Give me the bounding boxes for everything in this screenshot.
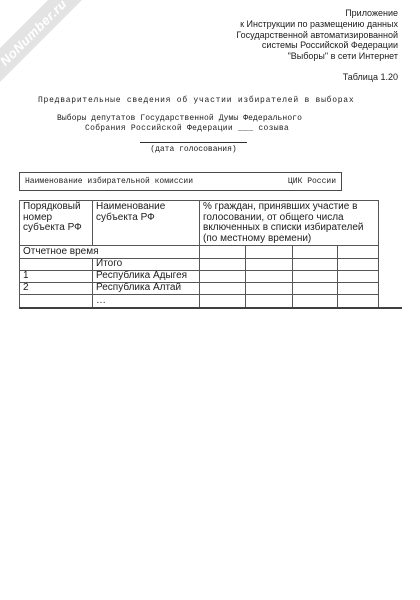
table-row: 2 Республика Алтай xyxy=(20,283,379,295)
table-number-label: Таблица 1.20 xyxy=(236,72,398,83)
value-cell xyxy=(200,295,246,308)
col-header-number: Порядковый номер субъекта РФ xyxy=(20,201,93,246)
value-cell xyxy=(200,283,246,295)
value-cell xyxy=(200,259,246,271)
document-page: NoNumber.ru Приложение к Инструкции по р… xyxy=(0,0,420,600)
appendix-line: системы Российской Федерации xyxy=(236,40,398,51)
value-cell xyxy=(338,246,379,259)
value-cell xyxy=(338,283,379,295)
appendix-line: к Инструкции по размещению данных xyxy=(236,19,398,30)
watermark-text: NoNumber.ru xyxy=(0,0,69,68)
name-cell: Республика Адыгея xyxy=(93,271,200,283)
value-cell xyxy=(200,246,246,259)
col-header-subject: Наименование субъекта РФ xyxy=(93,201,200,246)
value-cell xyxy=(293,271,338,283)
value-cell xyxy=(338,295,379,308)
value-cell xyxy=(338,259,379,271)
participation-table: Порядковый номер субъекта РФ Наименовани… xyxy=(19,200,379,308)
table-header-row: Порядковый номер субъекта РФ Наименовани… xyxy=(20,201,379,246)
subtitle-line-2: Собрания Российской Федерации ___ созыва xyxy=(85,124,289,133)
commission-box: Наименование избирательной комиссии ЦИК … xyxy=(19,172,342,191)
appendix-line: Государственной автоматизированной xyxy=(236,30,398,41)
value-cell xyxy=(200,271,246,283)
appendix-block: Приложение к Инструкции по размещению да… xyxy=(236,8,398,83)
num-cell xyxy=(20,295,93,308)
table-row: … xyxy=(20,295,379,308)
report-time-cell: Отчетное время xyxy=(20,246,200,259)
watermark-ribbon: NoNumber.ru xyxy=(0,0,95,94)
name-cell: … xyxy=(93,295,200,308)
commission-value: ЦИК России xyxy=(288,177,336,186)
num-cell xyxy=(20,259,93,271)
value-cell xyxy=(246,295,293,308)
value-cell xyxy=(293,283,338,295)
num-cell: 1 xyxy=(20,271,93,283)
table-row: 1 Республика Адыгея xyxy=(20,271,379,283)
name-cell: Республика Алтай xyxy=(93,283,200,295)
col-header-percent: % граждан, принявших участие в голосован… xyxy=(200,201,379,246)
report-time-row: Отчетное время xyxy=(20,246,379,259)
document-title: Предварительные сведения об участии изби… xyxy=(38,96,354,105)
value-cell xyxy=(293,295,338,308)
date-underline xyxy=(140,142,247,143)
bottom-rule xyxy=(19,307,402,309)
commission-label: Наименование избирательной комиссии xyxy=(25,177,193,186)
value-cell xyxy=(293,246,338,259)
subtitle-line-1: Выборы депутатов Государственной Думы Фе… xyxy=(57,114,302,123)
value-cell xyxy=(246,246,293,259)
table-row: Итого xyxy=(20,259,379,271)
value-cell xyxy=(246,271,293,283)
value-cell xyxy=(293,259,338,271)
appendix-line: Приложение xyxy=(236,8,398,19)
appendix-line: "Выборы" в сети Интернет xyxy=(236,51,398,62)
value-cell xyxy=(338,271,379,283)
value-cell xyxy=(246,283,293,295)
date-caption: (дата голосования) xyxy=(138,145,249,154)
name-cell: Итого xyxy=(93,259,200,271)
num-cell: 2 xyxy=(20,283,93,295)
value-cell xyxy=(246,259,293,271)
